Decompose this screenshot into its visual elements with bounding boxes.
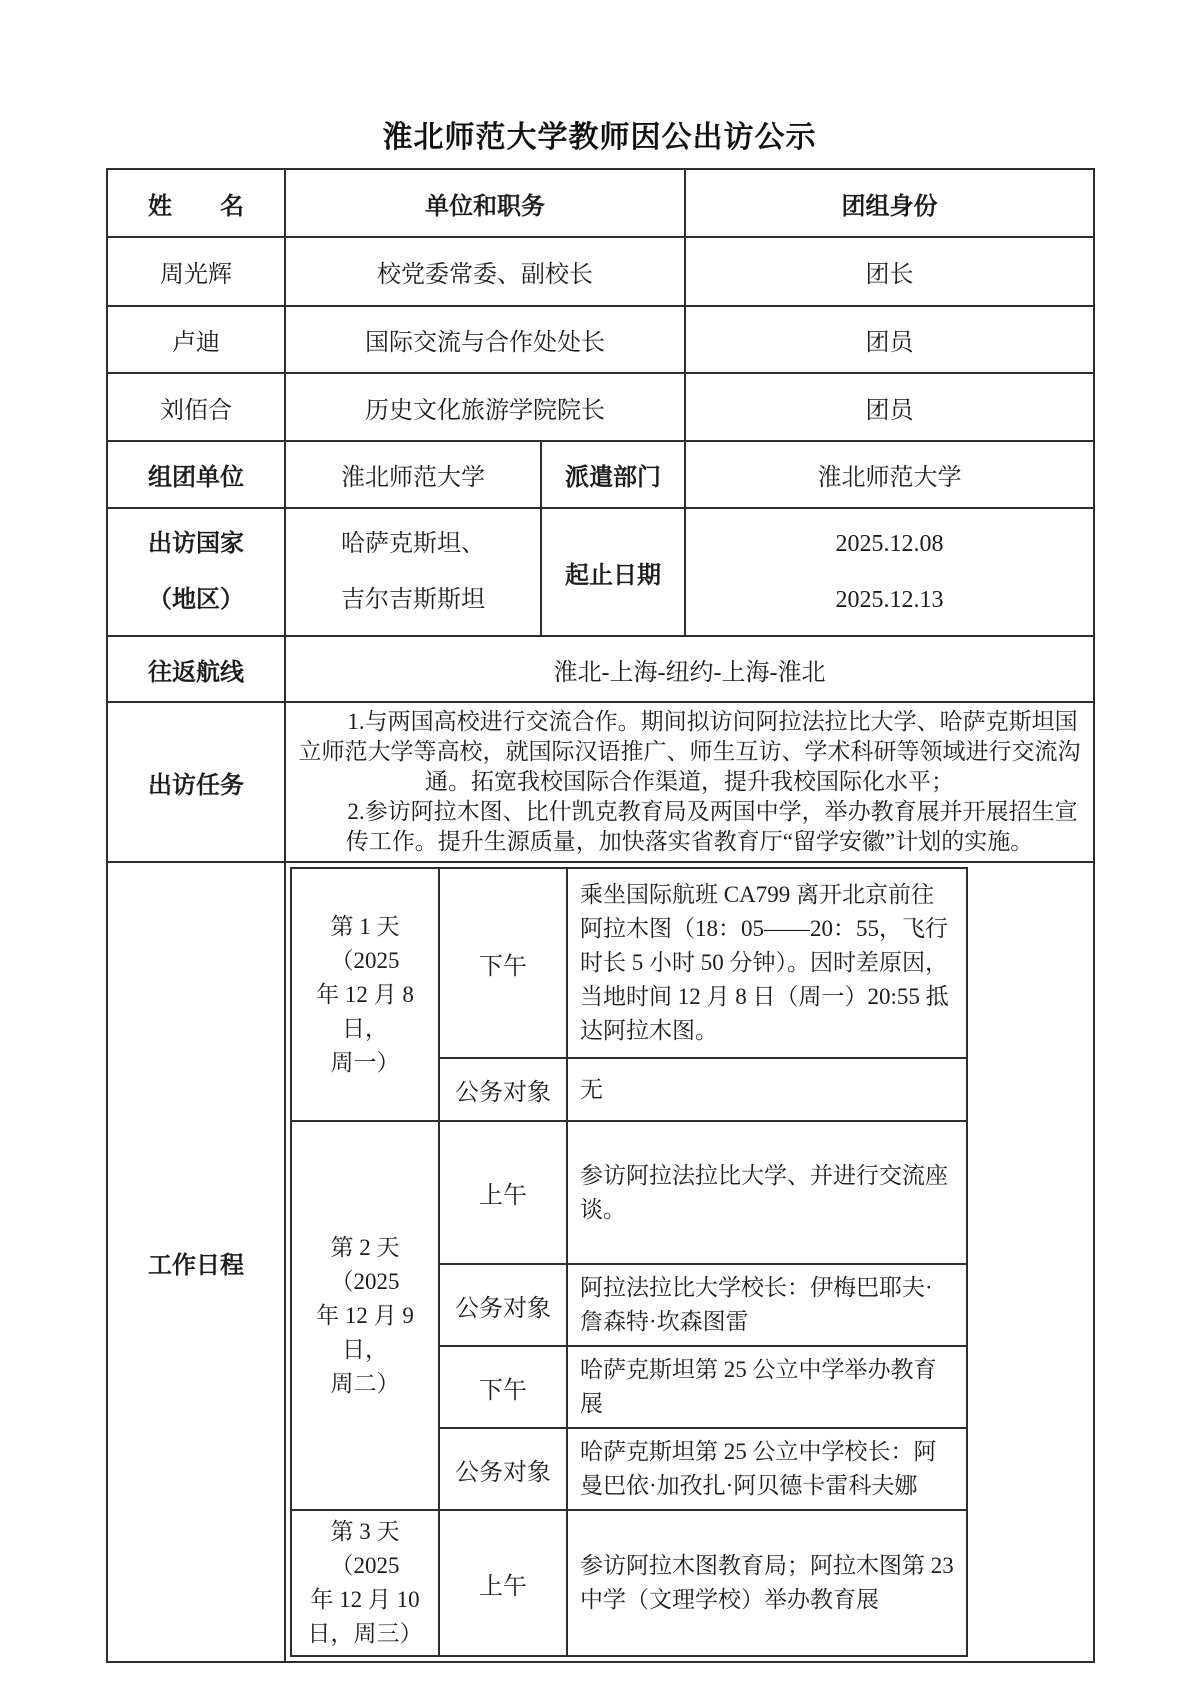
schedule-slot-row: 第 1 天（2025 年 12 月 8 日， 周一） 下午 乘坐国际航班 CA7… (291, 868, 967, 1058)
header-name: 姓 名 (107, 169, 285, 237)
countries-row: 出访国家 （地区） 哈萨克斯坦、 吉尔吉斯斯坦 起止日期 2025.12.08 … (107, 508, 1094, 636)
member-unit: 校党委常委、副校长 (285, 237, 685, 306)
member-unit: 国际交流与合作处处长 (285, 306, 685, 373)
schedule-time: 下午 (439, 868, 567, 1058)
tasks-content: 1.与两国高校进行交流合作。期间拟访问阿拉法拉比大学、哈萨克斯坦国立师范大学等高… (285, 702, 1094, 862)
document-page: 淮北师范大学教师因公出访公示 姓 名 单位和职务 团组身份 周光辉 校党委常委、… (0, 0, 1200, 1698)
schedule-slot-row: 第 2 天（2025 年 12 月 9 日， 周二） 上午 参访阿拉法拉比大学、… (291, 1121, 967, 1264)
member-row: 周光辉 校党委常委、副校长 团长 (107, 237, 1094, 306)
schedule-desc: 哈萨克斯坦第 25 公立中学校长：阿曼巴依·加孜扎·阿贝德卡雷科夫娜 (567, 1428, 967, 1510)
org-label: 组团单位 (107, 441, 285, 508)
org-row: 组团单位 淮北师范大学 派遣部门 淮北师范大学 (107, 441, 1094, 508)
member-role: 团员 (685, 373, 1094, 441)
schedule-row: 工作日程 第 1 天（2025 年 12 月 8 日， 周一） 下午 乘坐国际航… (107, 862, 1094, 1662)
member-unit: 历史文化旅游学院院长 (285, 373, 685, 441)
tasks-label: 出访任务 (107, 702, 285, 862)
schedule-time: 上午 (439, 1121, 567, 1264)
task-item: 2.参访阿拉木图、比什凯克教育局及两国中学，举办教育展并开展招生宣传工作。提升生… (290, 797, 1089, 857)
schedule-desc: 阿拉法拉比大学校长：伊梅巴耶夫·詹森特·坎森图雷 (567, 1264, 967, 1346)
member-row: 刘佰合 历史文化旅游学院院长 团员 (107, 373, 1094, 441)
schedule-content: 第 1 天（2025 年 12 月 8 日， 周一） 下午 乘坐国际航班 CA7… (285, 862, 1094, 1662)
header-unit: 单位和职务 (285, 169, 685, 237)
schedule-time: 公务对象 (439, 1428, 567, 1510)
dates-label: 起止日期 (541, 508, 685, 636)
member-name: 刘佰合 (107, 373, 285, 441)
countries-label: 出访国家 （地区） (107, 508, 285, 636)
member-role: 团员 (685, 306, 1094, 373)
route-row: 往返航线 淮北-上海-纽约-上海-淮北 (107, 636, 1094, 702)
dates-value: 2025.12.08 2025.12.13 (685, 508, 1094, 636)
dispatch-label: 派遣部门 (541, 441, 685, 508)
schedule-table: 第 1 天（2025 年 12 月 8 日， 周一） 下午 乘坐国际航班 CA7… (290, 867, 968, 1657)
schedule-desc: 参访阿拉木图教育局；阿拉木图第 23 中学（文理学校）举办教育展 (567, 1510, 967, 1656)
org-value: 淮北师范大学 (285, 441, 541, 508)
member-role: 团长 (685, 237, 1094, 306)
schedule-day: 第 2 天（2025 年 12 月 9 日， 周二） (291, 1121, 439, 1510)
schedule-desc: 哈萨克斯坦第 25 公立中学举办教育展 (567, 1346, 967, 1428)
member-row: 卢迪 国际交流与合作处处长 团员 (107, 306, 1094, 373)
document-body: 淮北师范大学教师因公出访公示 姓 名 单位和职务 团组身份 周光辉 校党委常委、… (106, 0, 1093, 1663)
schedule-label: 工作日程 (107, 862, 285, 1662)
schedule-desc: 参访阿拉法拉比大学、并进行交流座谈。 (567, 1121, 967, 1264)
dispatch-value: 淮北师范大学 (685, 441, 1094, 508)
member-name: 周光辉 (107, 237, 285, 306)
schedule-day: 第 1 天（2025 年 12 月 8 日， 周一） (291, 868, 439, 1121)
countries-value: 哈萨克斯坦、 吉尔吉斯斯坦 (285, 508, 541, 636)
tasks-row: 出访任务 1.与两国高校进行交流合作。期间拟访问阿拉法拉比大学、哈萨克斯坦国立师… (107, 702, 1094, 862)
schedule-time: 上午 (439, 1510, 567, 1656)
schedule-day: 第 3 天（2025 年 12 月 10 日，周三） (291, 1510, 439, 1656)
header-role: 团组身份 (685, 169, 1094, 237)
route-value: 淮北-上海-纽约-上海-淮北 (285, 636, 1094, 702)
route-label: 往返航线 (107, 636, 285, 702)
announcement-table: 姓 名 单位和职务 团组身份 周光辉 校党委常委、副校长 团长 卢迪 国际交流与… (106, 168, 1095, 1663)
schedule-desc: 无 (567, 1058, 967, 1121)
task-item: 1.与两国高校进行交流合作。期间拟访问阿拉法拉比大学、哈萨克斯坦国立师范大学等高… (290, 707, 1089, 797)
schedule-slot-row: 第 3 天（2025 年 12 月 10 日，周三） 上午 参访阿拉木图教育局；… (291, 1510, 967, 1656)
schedule-time: 下午 (439, 1346, 567, 1428)
header-row: 姓 名 单位和职务 团组身份 (107, 169, 1094, 237)
member-name: 卢迪 (107, 306, 285, 373)
schedule-time: 公务对象 (439, 1058, 567, 1121)
schedule-desc: 乘坐国际航班 CA799 离开北京前往阿拉木图（18：05——20：55，飞行时… (567, 868, 967, 1058)
page-title: 淮北师范大学教师因公出访公示 (106, 112, 1093, 156)
schedule-time: 公务对象 (439, 1264, 567, 1346)
